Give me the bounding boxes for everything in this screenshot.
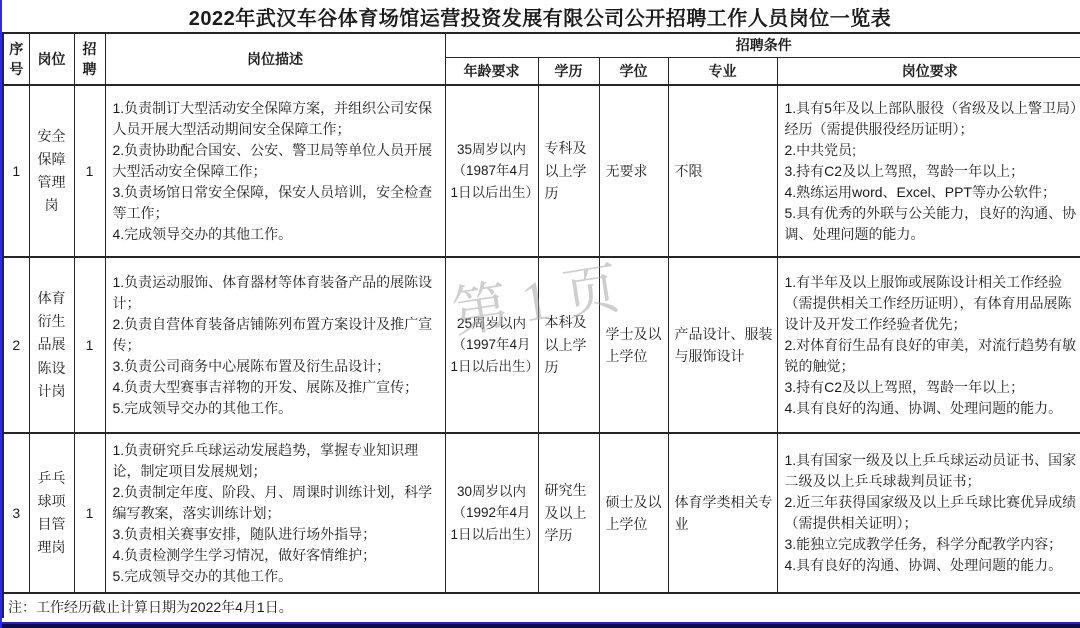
header-position: 岗位 xyxy=(29,33,74,85)
cell-position: 乒乓球项目管理岗 xyxy=(29,433,74,593)
table-row: 2 体育衍生品展陈设计岗 1 1.负责运动服饰、体育器材等体育装备产品的展陈设计… xyxy=(3,257,1080,433)
footnote-text: 注：工作经历截止计算日期为2022年4月1日。 xyxy=(3,593,1080,621)
cell-degree: 无要求 xyxy=(599,85,668,257)
page-title: 2022年武汉车谷体育场馆运营投资发展有限公司公开招聘工作人员岗位一览表 xyxy=(0,0,1080,32)
recruitment-table: 序号 岗位 招聘 岗位描述 招聘条件 年龄要求 学历 学位 专业 岗位要求 1 … xyxy=(2,32,1080,622)
cell-age: 35周岁以内（1987年4月1日以后出生） xyxy=(445,85,538,257)
cell-education: 专科及以上学历 xyxy=(538,85,599,257)
cell-no: 1 xyxy=(3,85,29,257)
header-requirements: 岗位要求 xyxy=(777,57,1080,85)
cell-age: 25周岁以内（1997年4月1日以后出生） xyxy=(445,257,538,433)
header-major: 专业 xyxy=(668,57,777,85)
cell-no: 3 xyxy=(3,433,29,593)
header-count: 招聘 xyxy=(74,33,105,85)
cell-count: 1 xyxy=(74,85,105,257)
cell-degree: 学士及以上学位 xyxy=(599,257,668,433)
cell-major: 体育学类相关专业 xyxy=(668,433,777,593)
cell-degree: 硕士及以上学位 xyxy=(599,433,668,593)
table-row: 3 乒乓球项目管理岗 1 1.负责研究乒乓球运动发展趋势，掌握专业知识理论，制定… xyxy=(3,433,1080,593)
page-left-edge-line xyxy=(0,0,2,628)
cell-position: 安全保障管理岗 xyxy=(29,85,74,257)
cell-count: 1 xyxy=(74,433,105,593)
cell-education: 研究生及以上学历 xyxy=(538,433,599,593)
header-degree: 学位 xyxy=(599,57,668,85)
bottom-edge-bar xyxy=(0,618,1080,628)
cell-education: 本科及以上学历 xyxy=(538,257,599,433)
header-education: 学历 xyxy=(538,57,599,85)
cell-requirements: 1.有半年及以上服饰或展陈设计相关工作经验（需提供相关工作经历证明），有体育用品… xyxy=(777,257,1080,433)
cell-major: 不限 xyxy=(668,85,777,257)
cell-requirements: 1.具有国家一级及以上乒乓球运动员证书、国家二级及以上乒乓球裁判员证书； 2.近… xyxy=(777,433,1080,593)
cell-requirements: 1.具有5年及以上部队服役（省级及以上警卫局）经历（需提供服役经历证明）； 2.… xyxy=(777,85,1080,257)
header-age: 年龄要求 xyxy=(445,57,538,85)
cell-description: 1.负责研究乒乓球运动发展趋势，掌握专业知识理论，制定项目发展规划； 2.负责制… xyxy=(105,433,445,593)
cell-no: 2 xyxy=(3,257,29,433)
cell-age: 30周岁以内（1992年4月1日以后出生） xyxy=(445,433,538,593)
cell-major: 产品设计、服装与服饰设计 xyxy=(668,257,777,433)
cell-description: 1.负责制订大型活动安全保障方案，并组织公司安保人员开展大型活动期间安全保障工作… xyxy=(105,85,445,257)
cell-position: 体育衍生品展陈设计岗 xyxy=(29,257,74,433)
header-description: 岗位描述 xyxy=(105,33,445,85)
cell-description: 1.负责运动服饰、体育器材等体育装备产品的展陈设计； 2.负责自营体育装备店铺陈… xyxy=(105,257,445,433)
header-no: 序号 xyxy=(3,33,29,85)
table-row: 1 安全保障管理岗 1 1.负责制订大型活动安全保障方案，并组织公司安保人员开展… xyxy=(3,85,1080,257)
cell-count: 1 xyxy=(74,257,105,433)
footnote-row: 注：工作经历截止计算日期为2022年4月1日。 xyxy=(3,593,1080,621)
header-conditions-group: 招聘条件 xyxy=(445,33,1080,57)
